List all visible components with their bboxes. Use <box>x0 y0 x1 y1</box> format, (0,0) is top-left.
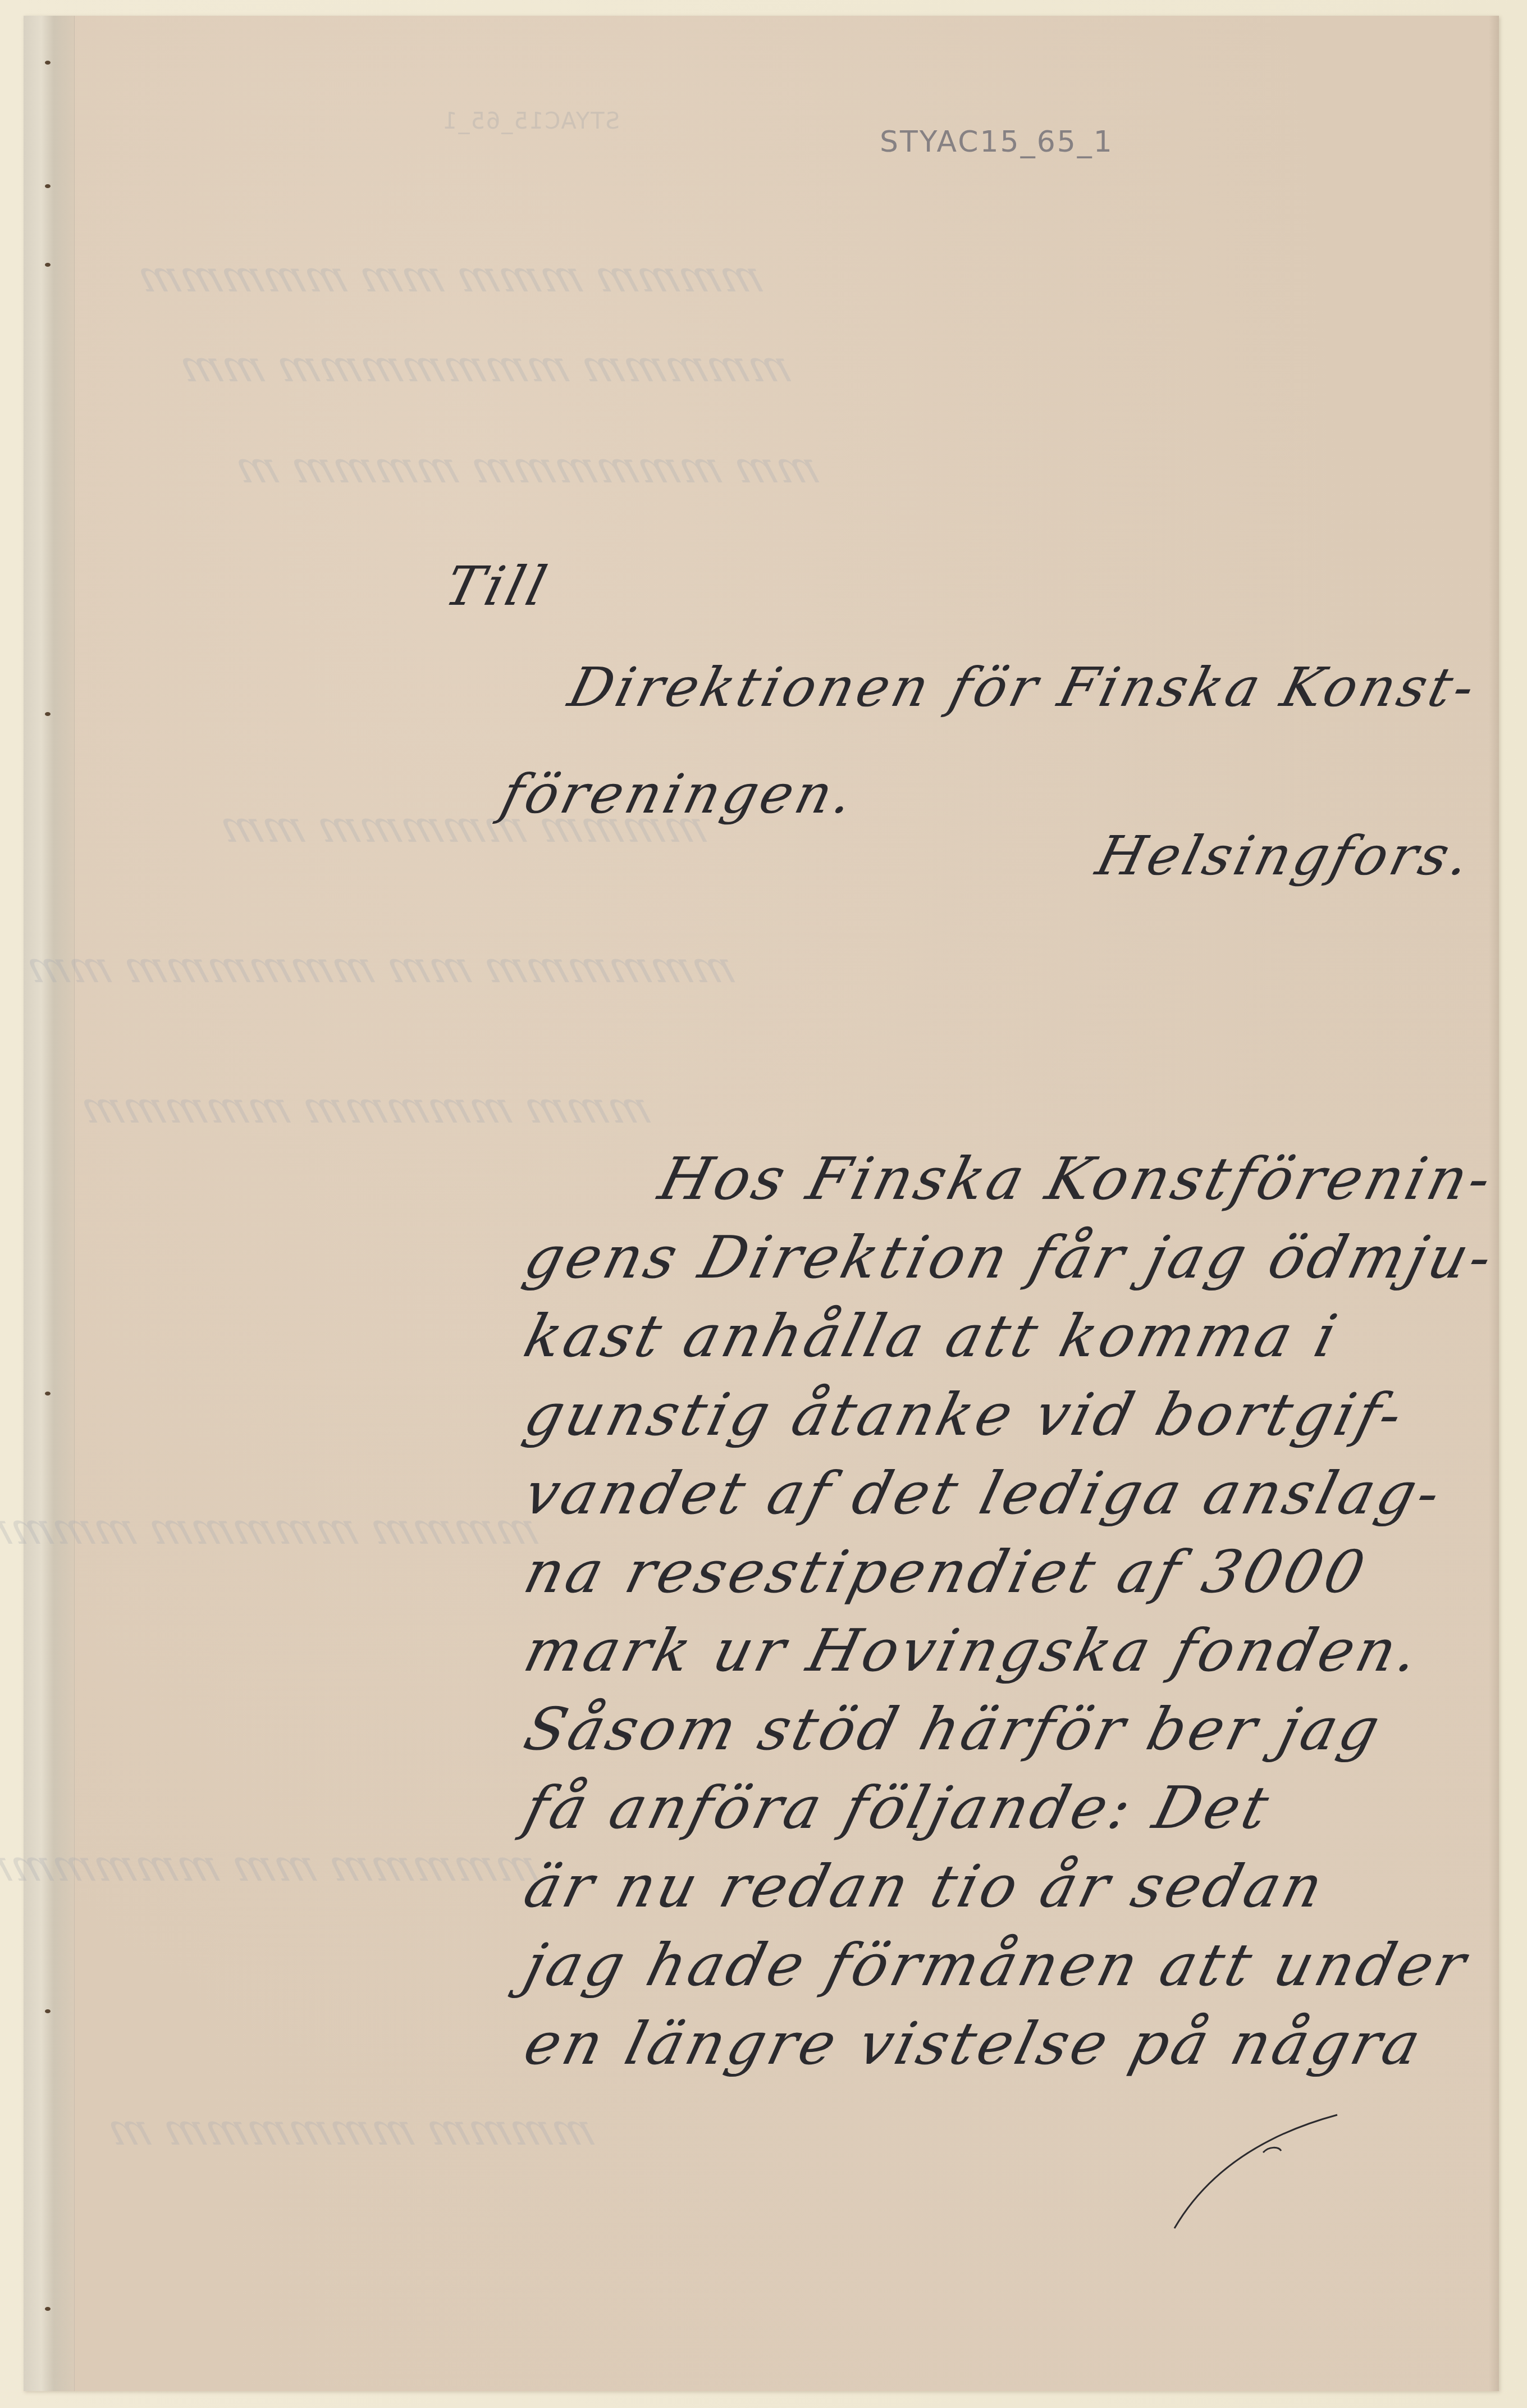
letter-page: STYAC15_65_1 mmmm mmm mm mmmmm mmmmm mmm… <box>24 16 1499 2391</box>
body-line: få anföra följande: Det <box>518 1773 1278 1842</box>
bleed-through-text: mmmmm mm mmmmmm <box>0 1841 545 1891</box>
torn-binding-edge <box>24 16 75 2391</box>
body-line: vandet af det lediga anslag- <box>518 1459 1450 1527</box>
bleed-through-text: mmmmm mmmmmmm mm <box>172 341 798 392</box>
bleed-through-text: mmm mmmmm mmmmm <box>74 1083 657 1133</box>
body-line: na resestipendiet af 3000 <box>518 1538 1375 1606</box>
bleed-through-text: mmmm mmmmm mmmm <box>0 1504 545 1554</box>
pen-flourish-icon <box>1169 2099 1371 2234</box>
binding-hole <box>45 184 51 188</box>
binding-hole <box>45 712 51 716</box>
body-line: Hos Finska Konstförenin- <box>652 1144 1501 1213</box>
body-line: gunstig åtanke vid bortgif- <box>518 1380 1412 1449</box>
body-line: mark ur Hovingska fonden. <box>518 1616 1429 1685</box>
body-line: är nu redan tio år sedan <box>518 1852 1333 1921</box>
binding-hole <box>45 2009 51 2013</box>
body-line: en längre vistelse på några <box>518 2009 1430 2078</box>
body-line: jag hade förmånen att under <box>518 1931 1476 1999</box>
bleed-through-text: mmmmmm mm mmmmmm mm <box>19 942 742 993</box>
page-right-edge <box>1489 16 1499 2391</box>
body-line: gens Direktion får jag ödmju- <box>518 1223 1502 1292</box>
recipient-line-2: föreningen. <box>495 763 863 826</box>
ghost-archive-stamp: STYAC15_65_1 <box>442 108 620 134</box>
bleed-through-text: mm mmmmmm mmmm m <box>228 443 826 493</box>
bleed-through-text: mmmm mmmmmm m <box>100 2105 601 2155</box>
binding-hole <box>45 61 51 65</box>
body-line: kast anhålla att komma i <box>518 1302 1347 1370</box>
recipient-line-1: Direktionen för Finska Konst- <box>563 656 1484 719</box>
body-line: Såsom stöd härför ber jag <box>518 1695 1389 1763</box>
bleed-through-text: mmmm mmm mm mmmmm <box>130 252 770 302</box>
binding-hole <box>45 263 51 267</box>
recipient-place: Helsingfors. <box>1090 824 1479 887</box>
binding-hole <box>45 2307 51 2311</box>
salutation-till: Till <box>439 555 556 618</box>
archive-reference-id: STYAC15_65_1 <box>880 125 1114 159</box>
binding-hole <box>45 1392 51 1395</box>
